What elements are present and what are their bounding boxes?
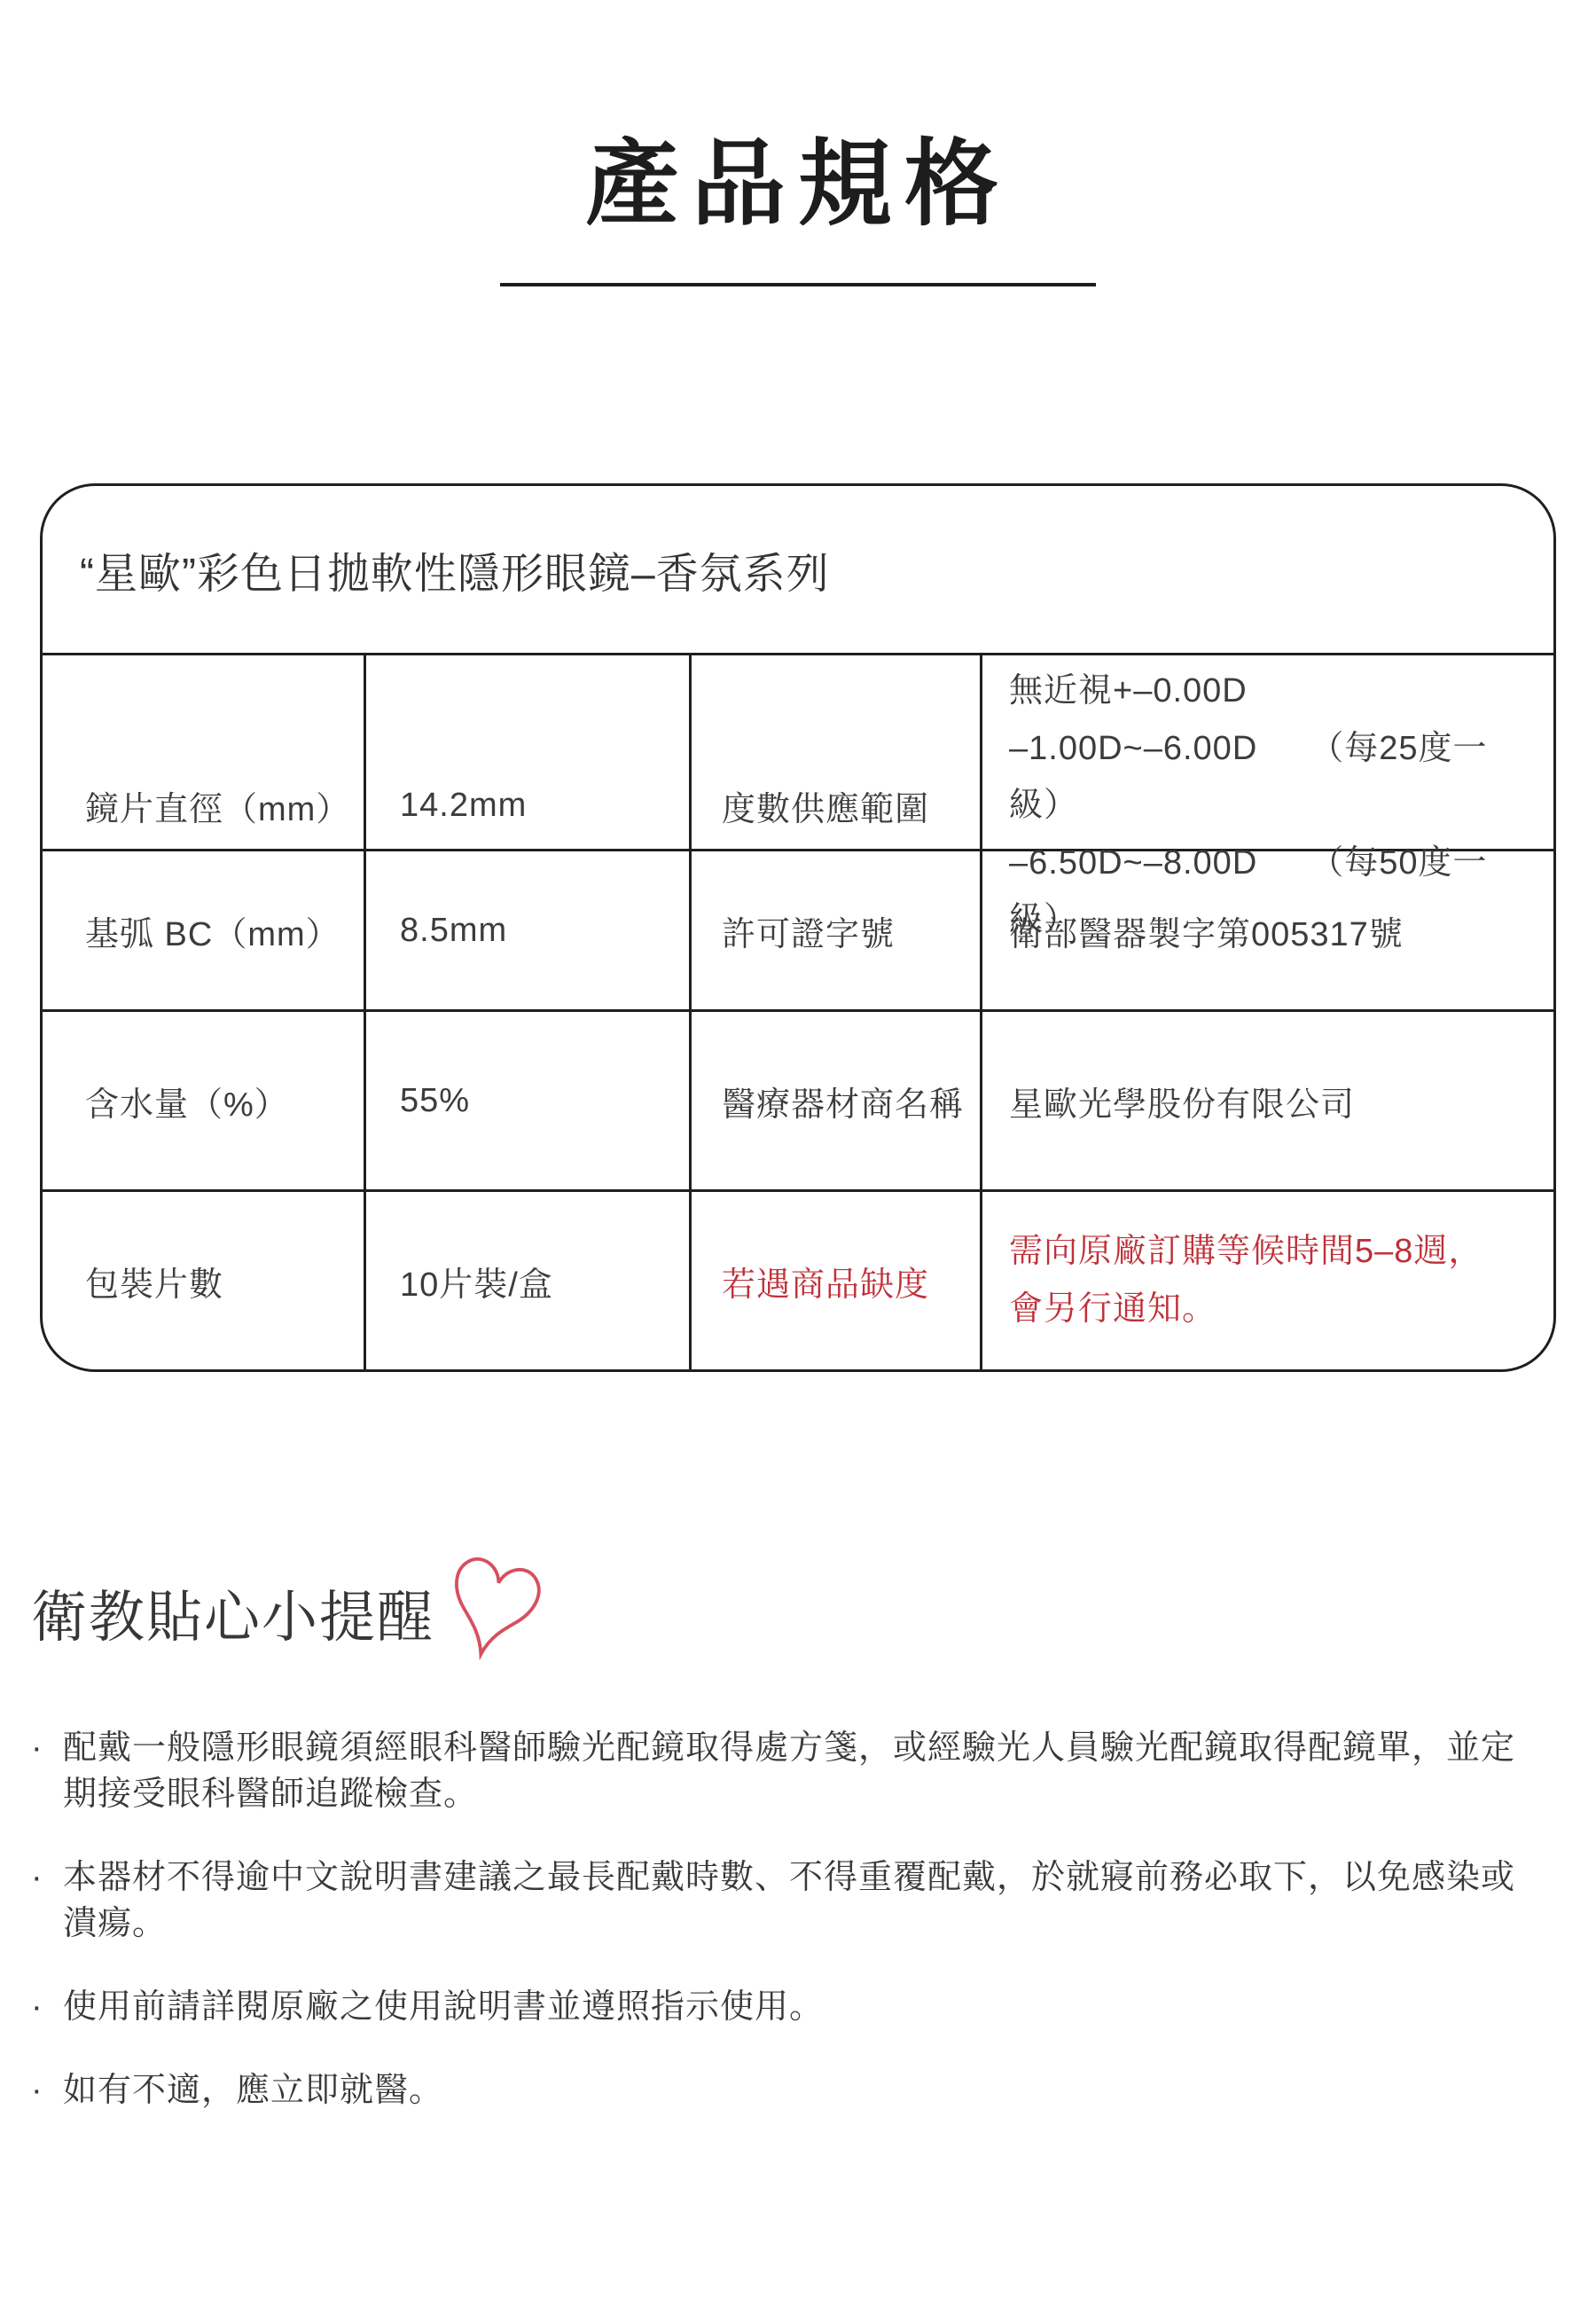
heart-outline-icon: [440, 1548, 546, 1681]
cell-base-curve-label: 基弧 BC（mm）: [43, 851, 366, 1009]
cell-shortage-label: 若遇商品缺度: [692, 1192, 982, 1369]
notice-text: 本器材不得逾中文說明書建議之最長配戴時數、不得重覆配戴，於就寢前務必取下，以免感…: [63, 1854, 1565, 1947]
cell-shortage-value: 需向原廠訂購等候時間5–8週， 會另行通知。: [982, 1192, 1553, 1369]
cell-pack-count-label: 包裝片數: [43, 1192, 366, 1369]
list-item: · 如有不適，應立即就醫。: [31, 2067, 1565, 2113]
table-row: 包裝片數 10片裝/盒 若遇商品缺度 需向原廠訂購等候時間5–8週， 會另行通知…: [43, 1189, 1553, 1369]
table-row: 鏡片直徑（mm） 14.2mm 度數供應範圍 無近視+–0.00D –1.00D…: [43, 653, 1553, 849]
notice-heading: 衛教貼心小提醒: [31, 1548, 434, 1646]
cell-vendor-name-value: 星歐光學股份有限公司: [982, 1012, 1553, 1189]
table-row: 含水量（%） 55% 醫療器材商名稱 星歐光學股份有限公司: [43, 1009, 1553, 1189]
notice-list: · 配戴一般隱形眼鏡須經眼科醫師驗光配鏡取得處方箋，或經驗光人員驗光配鏡取得配鏡…: [31, 1725, 1565, 2113]
cell-water-content-value: 55%: [366, 1012, 692, 1189]
notice-text: 使用前請詳閱原廠之使用說明書並遵照指示使用。: [63, 1984, 1565, 2030]
list-item: · 本器材不得逾中文說明書建議之最長配戴時數、不得重覆配戴，於就寢前務必取下，以…: [31, 1854, 1565, 1947]
title-underline: [500, 283, 1096, 286]
cell-base-curve-value: 8.5mm: [366, 851, 692, 1009]
notice-text: 如有不適，應立即就醫。: [63, 2067, 1565, 2113]
health-notice-section: 衛教貼心小提醒 · 配戴一般隱形眼鏡須經眼科醫師驗光配鏡取得處方箋，或經驗光人員…: [31, 1548, 1565, 2151]
cell-license-number-label: 許可證字號: [692, 851, 982, 1009]
table-row: 基弧 BC（mm） 8.5mm 許可證字號 衛部醫器製字第005317號: [43, 849, 1553, 1009]
cell-pack-count-value: 10片裝/盒: [366, 1192, 692, 1369]
notice-text: 配戴一般隱形眼鏡須經眼科醫師驗光配鏡取得處方箋，或經驗光人員驗光配鏡取得配鏡單，…: [63, 1725, 1565, 1817]
cell-license-number-value: 衛部醫器製字第005317號: [982, 851, 1553, 1009]
list-item: · 使用前請詳閱原廠之使用說明書並遵照指示使用。: [31, 1984, 1565, 2030]
notice-heading-row: 衛教貼心小提醒: [31, 1548, 1565, 1681]
list-item: · 配戴一般隱形眼鏡須經眼科醫師驗光配鏡取得處方箋，或經驗光人員驗光配鏡取得配鏡…: [31, 1725, 1565, 1817]
cell-vendor-name-label: 醫療器材商名稱: [692, 1012, 982, 1189]
bullet-dot: ·: [31, 1984, 63, 2030]
spec-table: “星歐”彩色日拋軟性隱形眼鏡–香氛系列 鏡片直徑（mm） 14.2mm 度數供應…: [40, 483, 1556, 1372]
cell-water-content-label: 含水量（%）: [43, 1012, 366, 1189]
title-block: 產品規格: [0, 0, 1596, 286]
page-title: 產品規格: [0, 133, 1596, 237]
bullet-dot: ·: [31, 1725, 63, 1771]
spec-table-title: “星歐”彩色日拋軟性隱形眼鏡–香氛系列: [43, 486, 1553, 653]
bullet-dot: ·: [31, 2067, 63, 2113]
bullet-dot: ·: [31, 1854, 63, 1901]
